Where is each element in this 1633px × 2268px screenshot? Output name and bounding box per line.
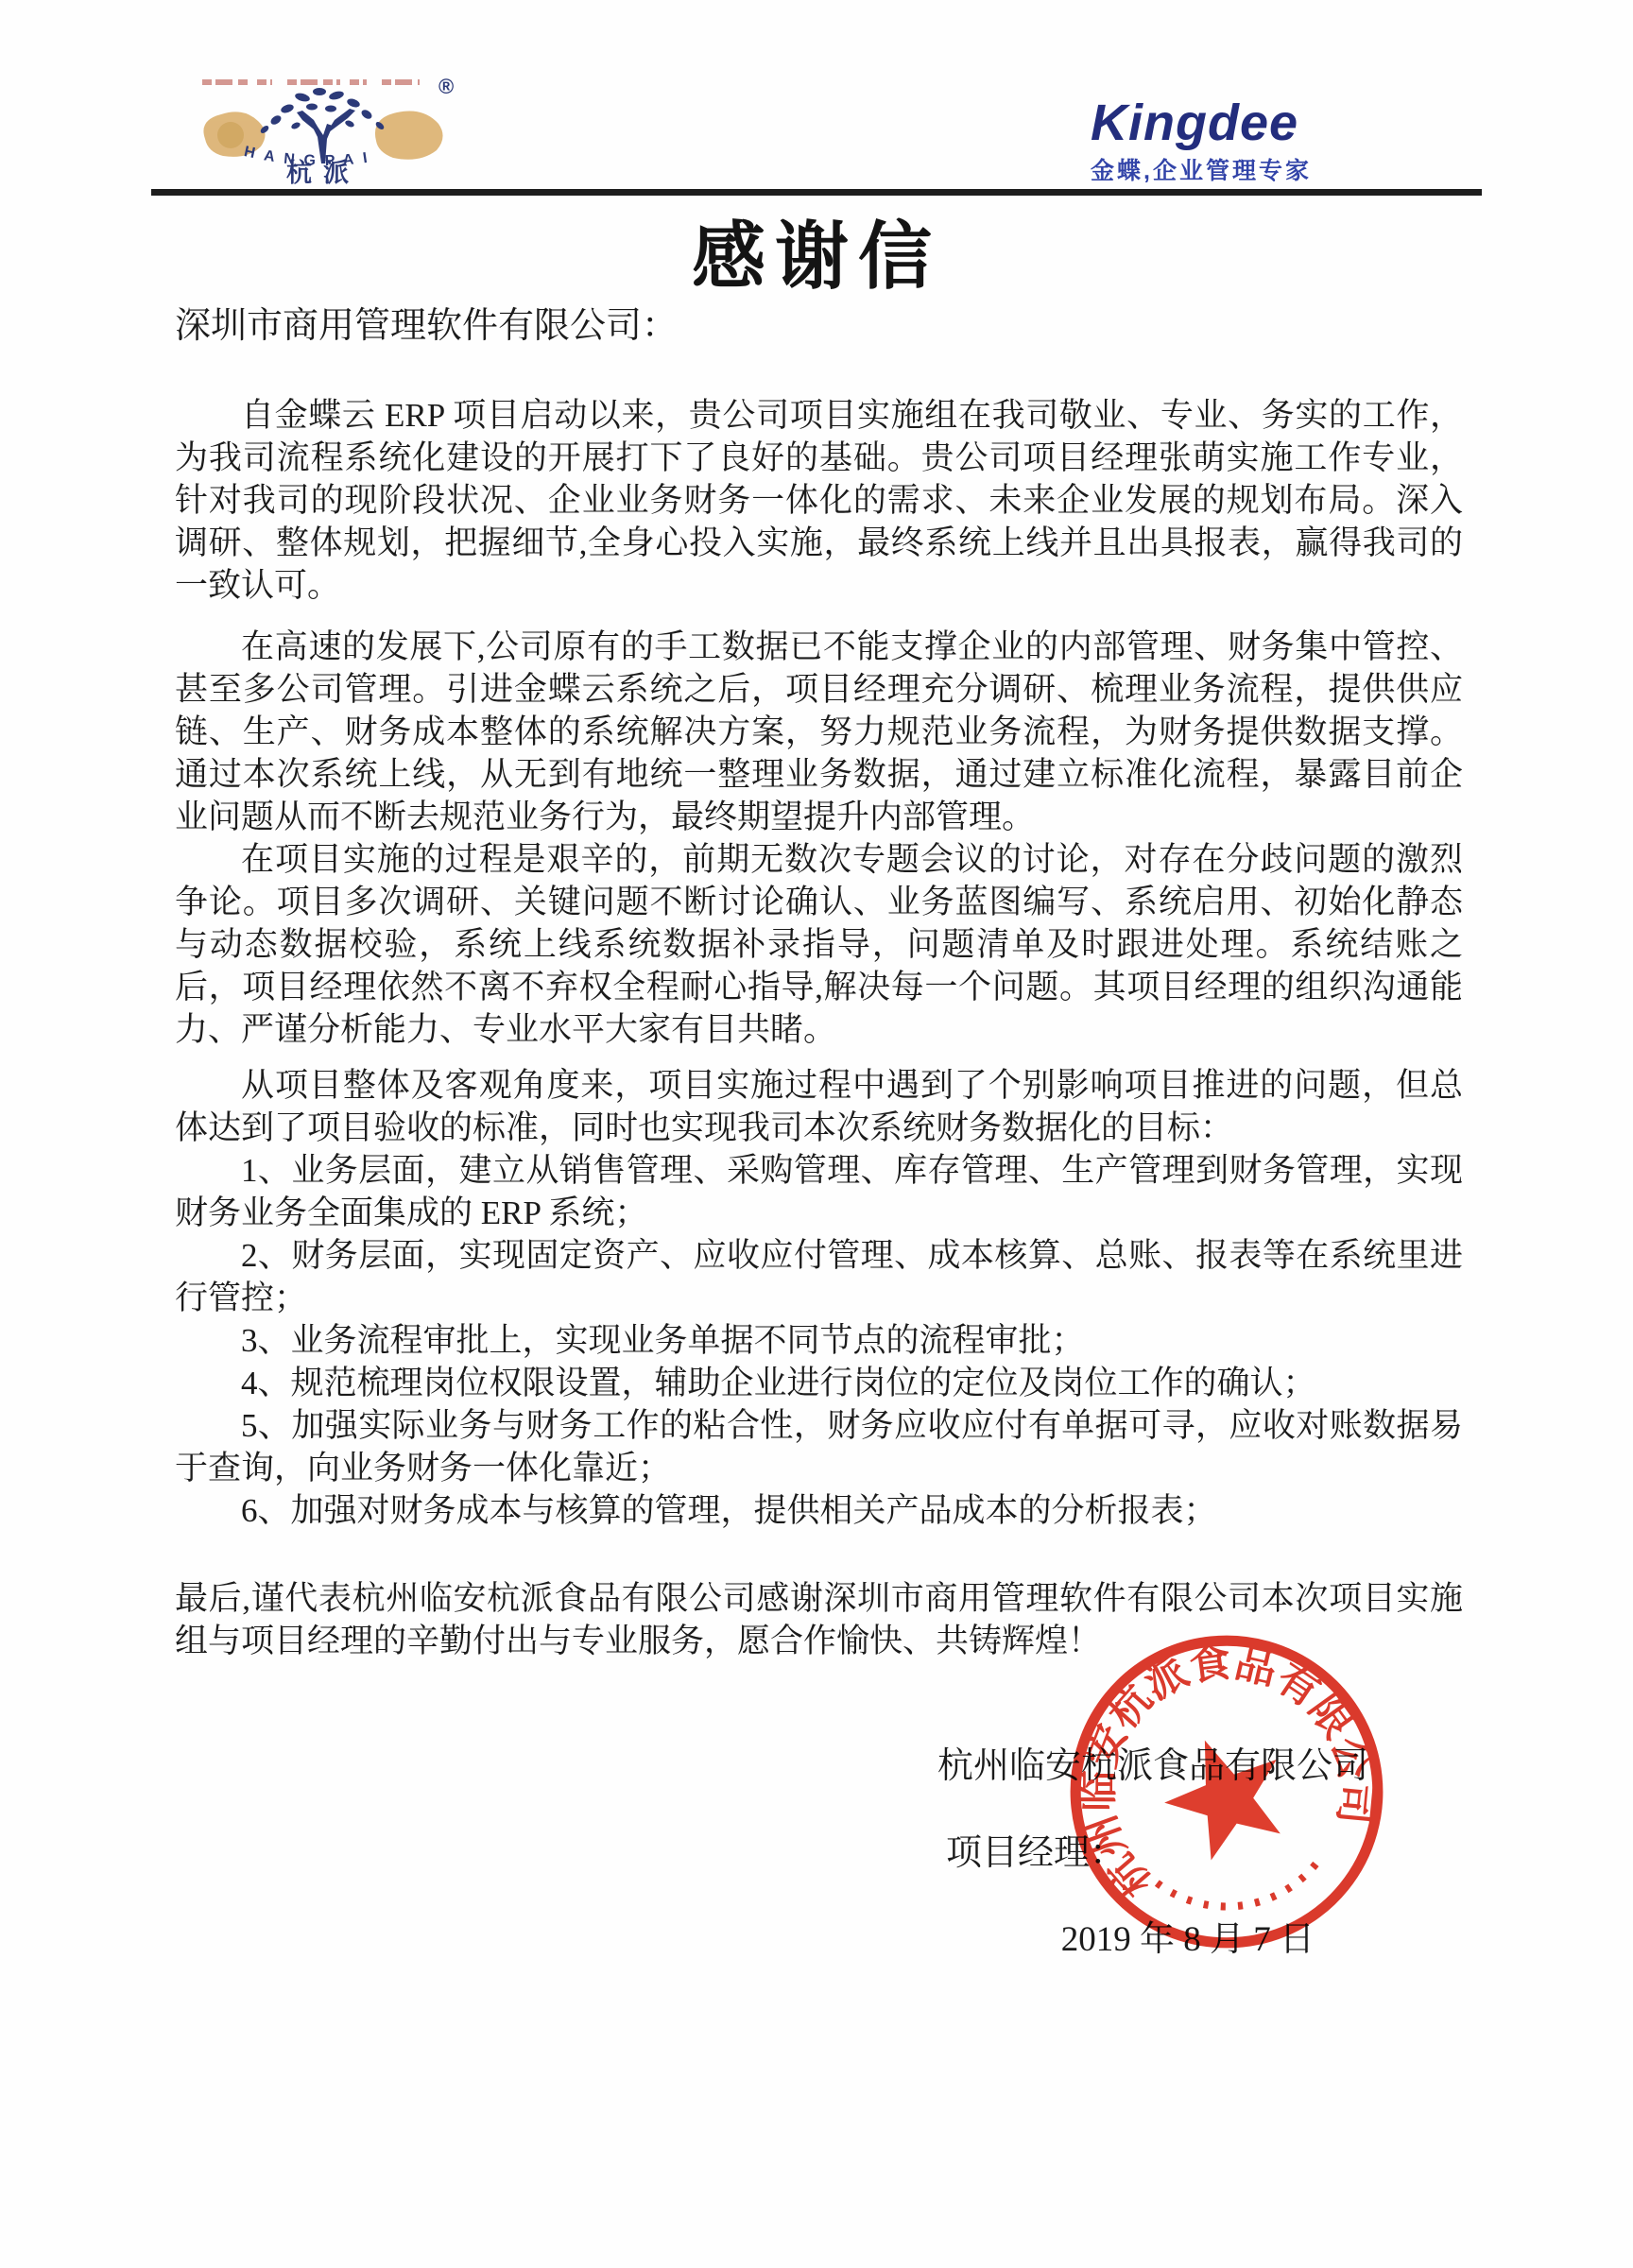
signature-company: 杭州临安杭派食品有限公司 xyxy=(175,1744,1463,1789)
signature-date: 2019 年 8 月 7 日 xyxy=(175,1917,1463,1963)
goal-item-5: 5、加强实际业务与财务工作的粘合性，财务应收应付有单据可寻，应收对账数据易于查询… xyxy=(175,1404,1463,1489)
goal-item-3: 3、业务流程审批上，实现业务单据不同节点的流程审批； xyxy=(175,1319,1463,1362)
paragraph-3: 在项目实施的过程是艰辛的，前期无数次专题会议的讨论，对存在分歧问题的激烈争论。项… xyxy=(175,838,1463,1051)
kingdee-logo: Kingdee 金蝶,企业管理专家 xyxy=(1091,97,1312,189)
paragraph-2: 在高速的发展下,公司原有的手工数据已不能支撑企业的内部管理、财务集中管控、甚至多… xyxy=(175,626,1463,838)
goal-item-2: 2、财务层面，实现固定资产、应收应付管理、成本核算、总账、报表等在系统里进行管控… xyxy=(175,1234,1463,1319)
salutation: 深圳市商用管理软件有限公司： xyxy=(175,303,1463,349)
logo-cn-wordmark: 杭派 xyxy=(286,159,360,184)
signature-block: 杭州临安杭派食品有限公司 项目经理： 2019 年 8 月 7 日 xyxy=(175,1744,1463,1963)
paragraph-4: 从项目整体及客观角度来，项目实施过程中遇到了个别影响项目推进的问题，但总体达到了… xyxy=(175,1064,1463,1149)
kingdee-tagline: 金蝶,企业管理专家 xyxy=(1091,160,1312,183)
signature-manager-label: 项目经理： xyxy=(175,1830,1463,1876)
goal-item-6: 6、加强对财务成本与核算的管理，提供相关产品成本的分析报表； xyxy=(175,1489,1463,1532)
hangpai-logo-graphic: ® xyxy=(181,71,465,184)
scanned-letter-page: ® xyxy=(0,0,1633,2268)
kingdee-brand-text: Kingdee xyxy=(1091,97,1298,148)
registered-trademark-icon: ® xyxy=(438,75,454,98)
closing-paragraph: 最后,谨代表杭州临安杭派食品有限公司感谢深圳市商用管理软件有限公司本次项目实施组… xyxy=(175,1577,1463,1662)
hangpai-logo: ® xyxy=(181,71,465,189)
paragraph-1: 自金蝶云 ERP 项目启动以来，贵公司项目实施组在我司敬业、专业、务实的工作，为… xyxy=(175,394,1463,607)
goal-item-1: 1、业务层面，建立从销售管理、采购管理、库存管理、生产管理到财务管理，实现财务业… xyxy=(175,1149,1463,1234)
goal-item-4: 4、规范梳理岗位权限设置，辅助企业进行岗位的定位及岗位工作的确认； xyxy=(175,1362,1463,1404)
letterhead: ® xyxy=(151,0,1482,196)
letter-body: 深圳市商用管理软件有限公司： 自金蝶云 ERP 项目启动以来，贵公司项目实施组在… xyxy=(175,303,1463,1963)
page-title: 感谢信 xyxy=(0,211,1633,303)
goal-list: 1、业务层面，建立从销售管理、采购管理、库存管理、生产管理到财务管理，实现财务业… xyxy=(175,1149,1463,1532)
